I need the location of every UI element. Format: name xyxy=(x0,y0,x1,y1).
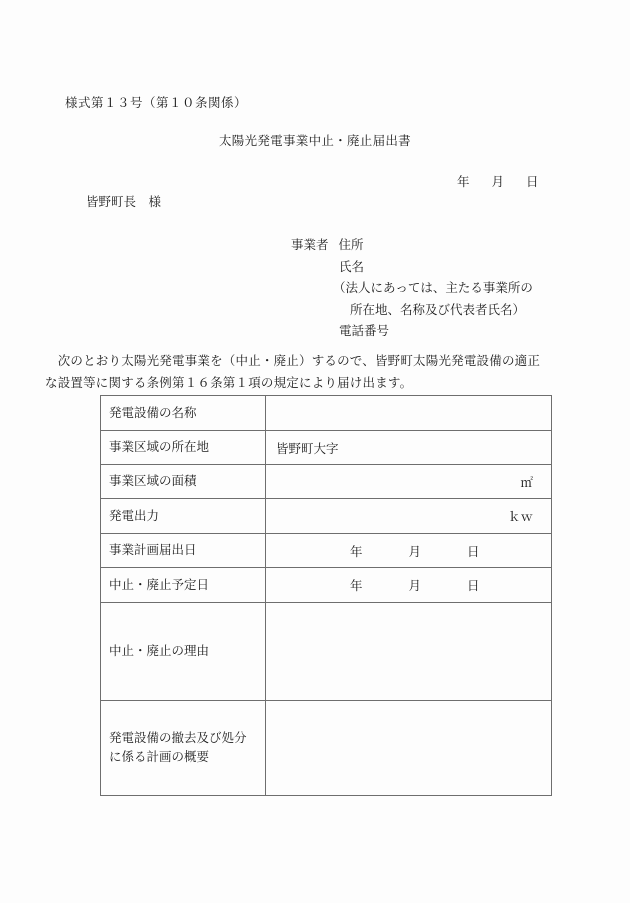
table-row: 中止・廃止予定日 年月日 xyxy=(101,568,552,603)
row-value-removal-disposal-plan xyxy=(266,701,552,796)
applicant-corp-note-line1: （法人にあっては、主たる事業所の xyxy=(291,278,533,300)
row-value-scheduled-discontinue-date: 年月日 xyxy=(266,568,552,603)
date-day-label: 日 xyxy=(467,542,480,560)
date-month-label: 月 xyxy=(409,576,422,594)
intro-line2: な設置等に関する条例第１６条第１項の規定により届け出ます。 xyxy=(45,372,590,394)
row-label-power-output: 発電出力 xyxy=(101,499,266,534)
row-label-scheduled-discontinue-date: 中止・廃止予定日 xyxy=(101,568,266,603)
header-date-day-label: 日 xyxy=(526,172,539,190)
table-row: 事業区域の所在地 皆野町大字 xyxy=(101,431,552,465)
row-label-area-location: 事業区域の所在地 xyxy=(101,431,266,465)
table-row: 中止・廃止の理由 xyxy=(101,603,552,701)
header-date-line: 年月日 xyxy=(457,172,539,190)
addressee: 皆野町長 様 xyxy=(86,192,161,210)
table-row: 事業計画届出日 年月日 xyxy=(101,534,552,568)
intro-paragraph: 次のとおり太陽光発電事業を（中止・廃止）するので、皆野町太陽光発電設備の適正 な… xyxy=(45,350,590,394)
date-year-label: 年 xyxy=(350,576,363,594)
table-row: 発電設備の名称 xyxy=(101,396,552,431)
row-label-facility-name: 発電設備の名称 xyxy=(101,396,266,431)
row-value-area-location: 皆野町大字 xyxy=(266,431,552,465)
applicant-address-line: 事業者住所 xyxy=(291,235,533,257)
row-label-discontinue-reason: 中止・廃止の理由 xyxy=(101,603,266,701)
document-page: { "page": { "form_number": "様式第１３号（第１０条関… xyxy=(0,0,630,903)
applicant-phone-label: 電話番号 xyxy=(291,321,533,343)
table-row: 事業区域の面積 ㎡ xyxy=(101,465,552,499)
row-label-plan-notification-date: 事業計画届出日 xyxy=(101,534,266,568)
row-value-facility-name xyxy=(266,396,552,431)
date-month-label: 月 xyxy=(409,542,422,560)
applicant-block: 事業者住所 氏名 （法人にあっては、主たる事業所の 所在地、名称及び代表者氏名）… xyxy=(291,235,533,343)
row-value-power-output-unit: ｋｗ xyxy=(266,499,552,534)
intro-line1: 次のとおり太陽光発電事業を（中止・廃止）するので、皆野町太陽光発電設備の適正 xyxy=(45,350,590,372)
applicant-role-label: 事業者 xyxy=(291,238,329,252)
table-row: 発電出力 ｋｗ xyxy=(101,499,552,534)
table-row: 発電設備の撤去及び処分 に係る計画の概要 xyxy=(101,701,552,796)
applicant-corp-note-line2: 所在地、名称及び代表者氏名） xyxy=(291,300,533,322)
form-table: 発電設備の名称 事業区域の所在地 皆野町大字 事業区域の面積 ㎡ 発電出力 ｋｗ… xyxy=(100,395,552,796)
row-value-discontinue-reason xyxy=(266,603,552,701)
row-value-plan-notification-date: 年月日 xyxy=(266,534,552,568)
date-year-label: 年 xyxy=(350,542,363,560)
date-day-label: 日 xyxy=(467,576,480,594)
document-title: 太陽光発電事業中止・廃止届出書 xyxy=(0,131,630,149)
applicant-address-label: 住所 xyxy=(339,238,364,252)
header-date-month-label: 月 xyxy=(492,172,505,190)
form-number: 様式第１３号（第１０条関係） xyxy=(65,93,247,111)
row-label-removal-disposal-plan: 発電設備の撤去及び処分 に係る計画の概要 xyxy=(101,701,266,796)
header-date-year-label: 年 xyxy=(457,172,470,190)
applicant-name-label: 氏名 xyxy=(291,257,533,279)
row-label-area-size: 事業区域の面積 xyxy=(101,465,266,499)
row-value-area-size-unit: ㎡ xyxy=(266,465,552,499)
